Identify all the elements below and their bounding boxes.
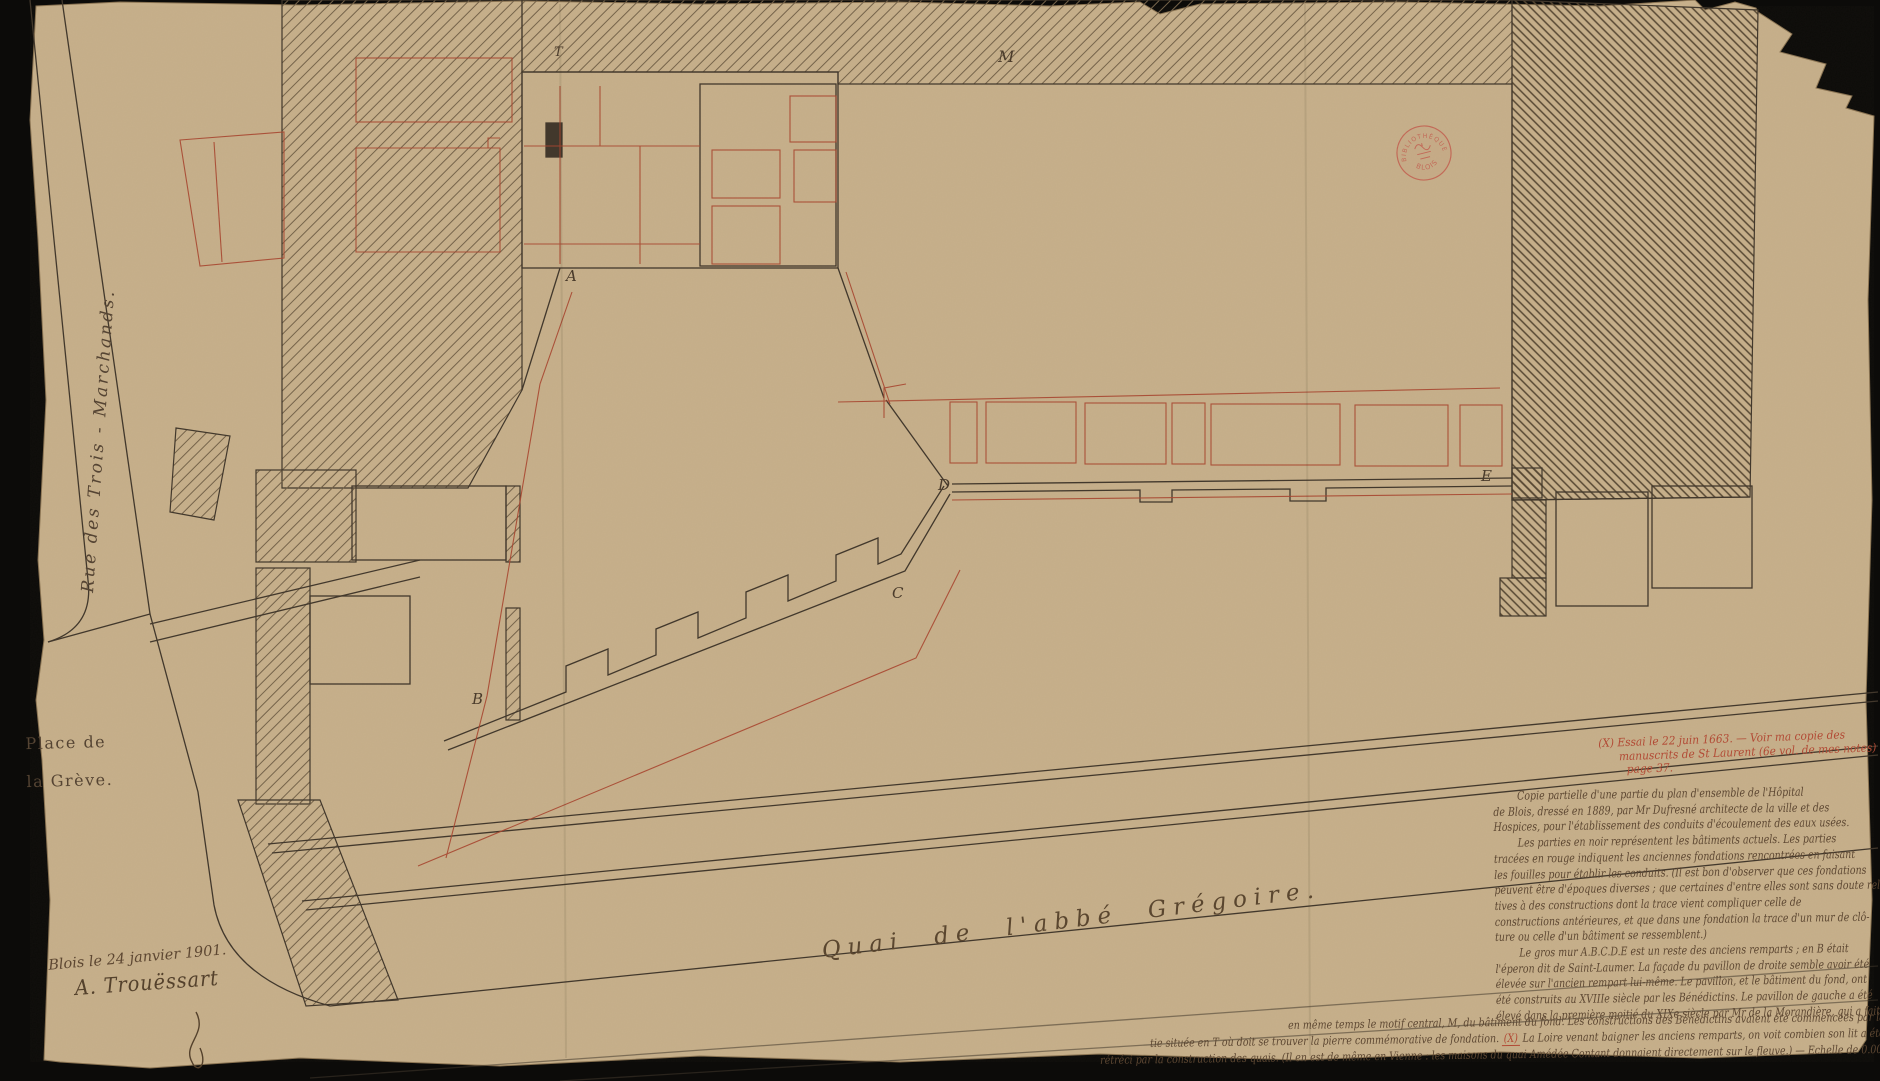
sw-block-2 bbox=[256, 568, 310, 804]
court-wall-strip-2 bbox=[506, 608, 520, 720]
rampart-end-block bbox=[1512, 468, 1542, 498]
point-label-m: M bbox=[997, 47, 1015, 66]
west-pavilion-block bbox=[282, 0, 522, 488]
place-de-la-greve-label: Place de la Grève. bbox=[25, 723, 114, 801]
point-label-e: E bbox=[1480, 467, 1492, 485]
legend-paragraph: Copie partielle d'une partie du plan d'e… bbox=[1493, 783, 1880, 1024]
point-label-c: C bbox=[892, 584, 904, 602]
point-label-t: T bbox=[554, 45, 564, 60]
northeast-dense-block bbox=[1512, 0, 1758, 500]
court-wall-strip-1 bbox=[506, 486, 520, 562]
sw-block-1 bbox=[256, 470, 356, 562]
place-label-line1: Place de bbox=[25, 723, 113, 763]
point-label-d: D bbox=[937, 476, 950, 494]
point-label-b: B bbox=[471, 690, 483, 708]
scanned-plan-document: T M A B C D E BIBLIOTHÈQUE BLOIS Rue des… bbox=[0, 0, 1880, 1081]
red-x-mark: (X) bbox=[1502, 1031, 1520, 1046]
point-label-a: A bbox=[564, 267, 577, 285]
small-hatched-square bbox=[1500, 578, 1546, 616]
small-hatched-strip bbox=[1512, 500, 1546, 578]
place-label-line2: la Grève. bbox=[26, 761, 114, 801]
